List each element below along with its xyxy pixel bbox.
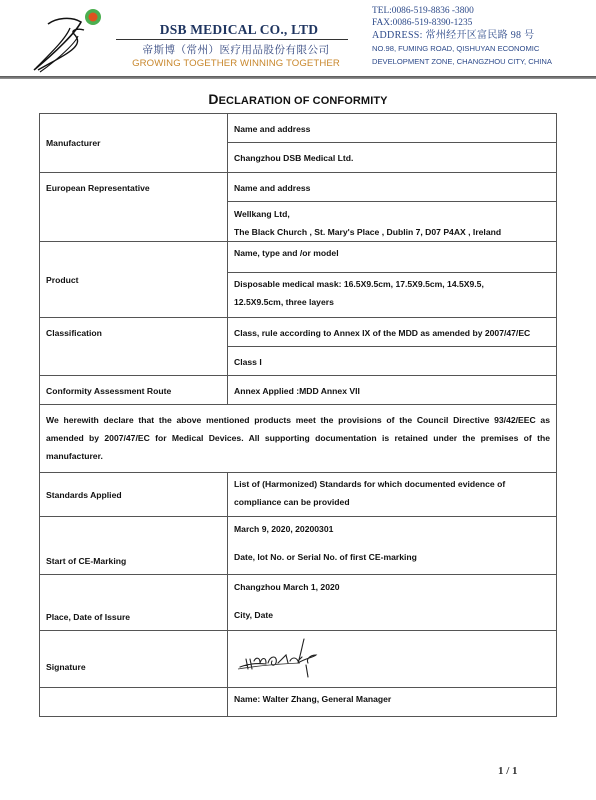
field-value: 12.5X9.5cm, three layers <box>234 293 550 311</box>
company-block: DSB MEDICAL CO., LTD 帝斯博（常州）医疗用品股份有限公司 G… <box>110 22 350 69</box>
table-row: Manufacturer Name and address <box>40 114 557 143</box>
field-value: Wellkang Ltd, <box>234 205 550 223</box>
issue-value: Changzhou March 1, 2020 City, Date <box>228 575 557 631</box>
manufacturer-label: Manufacturer <box>40 114 228 173</box>
company-name: DSB MEDICAL CO., LTD <box>110 22 350 38</box>
table-row: Signature <box>40 631 557 688</box>
row-label: Conformity Assessment Route <box>46 376 221 400</box>
product-field: Name, type and /or model <box>228 242 557 273</box>
table-row: Product Name, type and /or model <box>40 242 557 273</box>
standards-label: Standards Applied <box>40 473 228 517</box>
address-line-1: NO.98, FUMING ROAD, QISHUYAN ECONOMIC <box>372 42 596 55</box>
issue-label: Place, Date of Issure <box>40 575 228 631</box>
telephone: TEL:0086-519-8836 -3800 <box>372 5 596 17</box>
row-label: European Representative <box>46 173 221 197</box>
ce-marking-value: March 9, 2020, 20200301 Date, lot No. or… <box>228 517 557 575</box>
table-row: Place, Date of Issure Changzhou March 1,… <box>40 575 557 631</box>
title-rest: ECLARATION OF CONFORMITY <box>219 95 388 107</box>
ce-marking-label: Start of CE-Marking <box>40 517 228 575</box>
eu-rep-field: Name and address <box>228 173 557 202</box>
table-row: Classification Class, rule according to … <box>40 318 557 347</box>
page-number: 1 / 1 <box>498 765 518 777</box>
company-logo-icon <box>26 2 102 74</box>
field-label: Class, rule according to Annex IX of the… <box>234 318 550 342</box>
handwritten-signature-icon <box>236 633 346 685</box>
classification-field: Class, rule according to Annex IX of the… <box>228 318 557 347</box>
eu-rep-label: European Representative <box>40 173 228 242</box>
standards-value: List of (Harmonized) Standards for which… <box>228 473 557 517</box>
manufacturer-value: Changzhou DSB Medical Ltd. <box>228 143 557 173</box>
header-divider <box>0 76 596 79</box>
field-value: Changzhou March 1, 2020 <box>234 575 550 596</box>
company-name-chinese: 帝斯博（常州）医疗用品股份有限公司 <box>110 42 350 57</box>
product-label: Product <box>40 242 228 318</box>
field-value: Class I <box>234 347 550 371</box>
classification-value: Class I <box>228 347 557 376</box>
company-divider <box>116 39 348 40</box>
field-value: Annex Applied :MDD Annex VII <box>234 376 550 400</box>
route-label: Conformity Assessment Route <box>40 376 228 405</box>
field-value: Changzhou DSB Medical Ltd. <box>234 143 550 167</box>
signature-cell <box>228 631 557 688</box>
contact-block: TEL:0086-519-8836 -3800 FAX:0086-519-839… <box>372 5 596 68</box>
row-label: Place, Date of Issure <box>46 612 221 630</box>
row-label: Start of CE-Marking <box>46 556 221 574</box>
conformity-table: Manufacturer Name and address Changzhou … <box>39 113 557 717</box>
field-label: City, Date <box>234 606 550 624</box>
letterhead: DSB MEDICAL CO., LTD 帝斯博（常州）医疗用品股份有限公司 G… <box>0 0 596 78</box>
field-value: List of (Harmonized) Standards for which… <box>234 475 550 493</box>
declaration-text: We herewith declare that the above menti… <box>46 405 550 471</box>
field-label: Date, lot No. or Serial No. of first CE-… <box>234 548 550 566</box>
manufacturer-field: Name and address <box>228 114 557 143</box>
signature-label: Signature <box>40 631 228 688</box>
field-value: Disposable medical mask: 16.5X9.5cm, 17.… <box>234 275 550 293</box>
declaration-statement: We herewith declare that the above menti… <box>40 405 557 473</box>
document-title: DECLARATION OF CONFORMITY <box>0 91 596 107</box>
company-slogan: GROWING TOGETHER WINNING TOGETHER <box>110 58 350 69</box>
table-row: Standards Applied List of (Harmonized) S… <box>40 473 557 517</box>
field-value: March 9, 2020, 20200301 <box>234 517 550 538</box>
table-row: European Representative Name and address <box>40 173 557 202</box>
field-value: The Black Church , St. Mary's Place , Du… <box>234 223 550 241</box>
field-value: compliance can be provided <box>234 493 550 511</box>
empty-cell <box>40 688 228 717</box>
table-row: We herewith declare that the above menti… <box>40 405 557 473</box>
address-chinese: ADDRESS: 常州经开区富民路 98 号 <box>372 29 596 42</box>
address-line-2: DEVELOPMENT ZONE, CHANGZHOU CITY, CHINA <box>372 55 596 68</box>
field-label: Name, type and /or model <box>234 242 550 262</box>
route-value: Annex Applied :MDD Annex VII <box>228 376 557 405</box>
table-row: Start of CE-Marking March 9, 2020, 20200… <box>40 517 557 575</box>
field-label: Name and address <box>234 114 550 138</box>
field-value: Name: Walter Zhang, General Manager <box>234 688 550 708</box>
row-label: Signature <box>46 646 221 672</box>
classification-label: Classification <box>40 318 228 376</box>
table-row: Name: Walter Zhang, General Manager <box>40 688 557 717</box>
field-label: Name and address <box>234 173 550 197</box>
signatory-name: Name: Walter Zhang, General Manager <box>228 688 557 717</box>
table-row: Conformity Assessment Route Annex Applie… <box>40 376 557 405</box>
product-value: Disposable medical mask: 16.5X9.5cm, 17.… <box>228 273 557 318</box>
title-initial: D <box>208 91 218 107</box>
row-label: Classification <box>46 318 221 342</box>
fax: FAX:0086-519-8390-1235 <box>372 17 596 29</box>
eu-rep-value: Wellkang Ltd, The Black Church , St. Mar… <box>228 202 557 242</box>
